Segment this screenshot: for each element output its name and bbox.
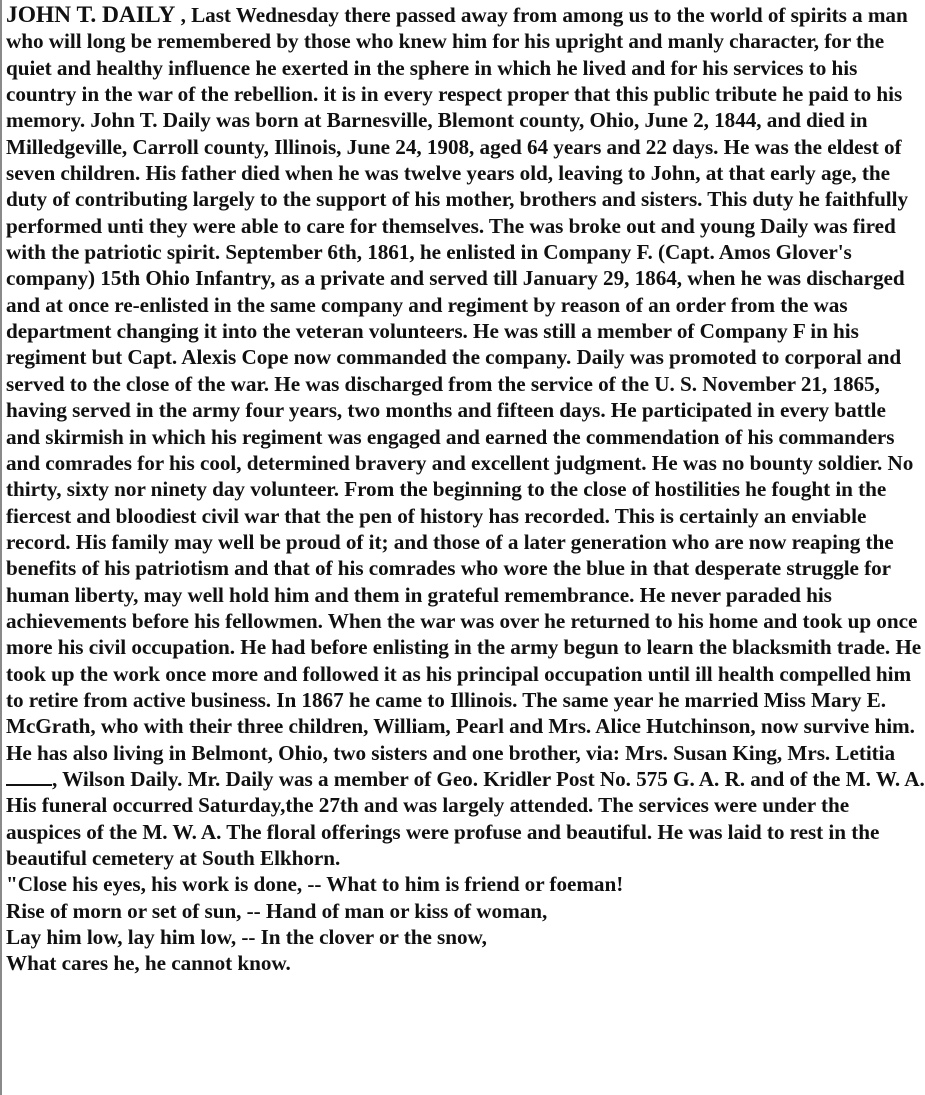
memorial-verse: "Close his eyes, his work is done, -- Wh… (6, 871, 925, 976)
redacted-surname-blank (6, 766, 52, 786)
obituary-body-part1: Last Wednesday there passed away from am… (6, 3, 921, 765)
verse-line: Rise of morn or set of sun, -- Hand of m… (6, 898, 925, 924)
verse-line: Lay him low, lay him low, -- In the clov… (6, 924, 925, 950)
obituary-paragraph: JOHN T. DAILY , Last Wednesday there pas… (6, 2, 925, 871)
obituary-body-part2: , Wilson Daily. Mr. Daily was a member o… (6, 767, 925, 870)
deceased-name: JOHN T. DAILY (6, 2, 175, 28)
name-separator: , (175, 3, 191, 27)
verse-line: What cares he, he cannot know. (6, 950, 925, 976)
obituary-document: JOHN T. DAILY , Last Wednesday there pas… (0, 0, 925, 1095)
verse-line: "Close his eyes, his work is done, -- Wh… (6, 871, 925, 897)
